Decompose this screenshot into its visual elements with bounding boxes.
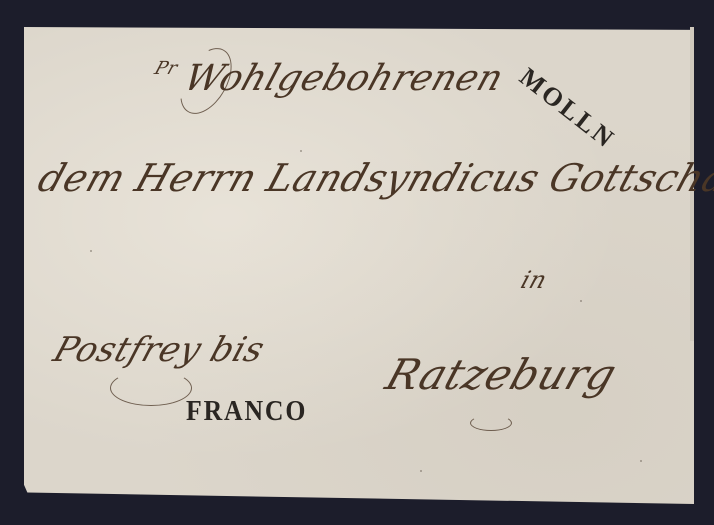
paper-speck	[420, 470, 422, 472]
paper-speck	[300, 150, 302, 152]
ink-flourish	[470, 415, 512, 431]
paper-speck	[640, 460, 642, 462]
address-postage-note: Postfrey bis	[49, 330, 270, 370]
address-recipient: dem Herrn Landsyndicus Gottschalk	[33, 156, 714, 200]
paper-speck	[90, 250, 92, 252]
franco-postmark: FRANCO	[186, 396, 307, 428]
paper-speck	[580, 300, 582, 302]
address-destination: Ratzeburg	[380, 350, 623, 399]
ink-flourish	[110, 370, 192, 406]
